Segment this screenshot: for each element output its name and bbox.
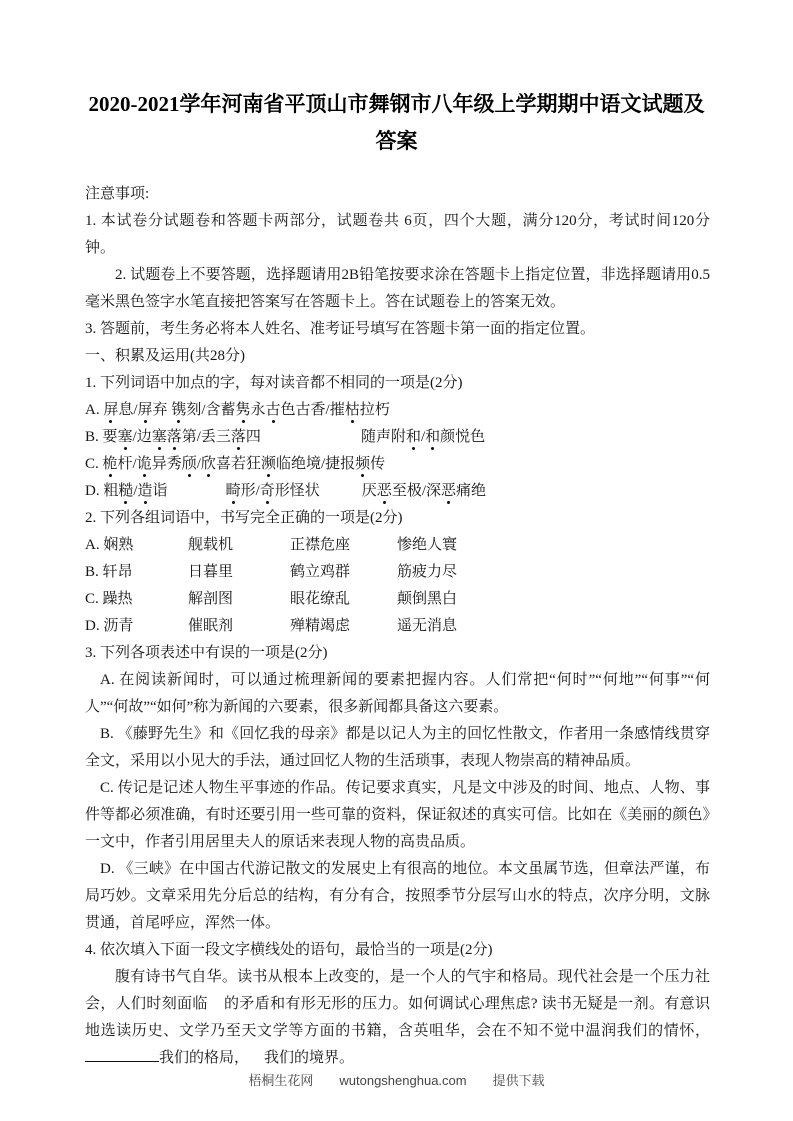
q1-option-a: A. 屏息/屏弃 镌刻/含蓄隽永古色古香/摧枯拉朽 xyxy=(85,397,710,424)
dotted-char: 落 xyxy=(231,429,246,445)
q3-option-a: A. 在阅读新闻时，可以通过梳理新闻的要素把握内容。人们常把“何时”“何地”“何… xyxy=(85,667,710,721)
q3-option-b: B. 《藤野先生》和《回忆我的母亲》都是以记人为主的回忆性散文，作者用一条感情线… xyxy=(85,721,710,775)
word-cell: A. 娴熟 xyxy=(85,532,188,559)
footer-watermark: 梧桐生花网wutongshenghua.com提供下载 xyxy=(0,1070,793,1089)
word-cell: D. 沥青 xyxy=(85,613,188,640)
word-cell: 舰载机 xyxy=(188,532,290,559)
q1-option-b: B. 要塞/边塞落第/丢三落四随声附和/和颜悦色 xyxy=(85,424,710,451)
word-cell: 颠倒黑白 xyxy=(397,586,710,613)
inline-gap xyxy=(249,1061,264,1062)
dotted-char: 诡 xyxy=(137,456,152,472)
dotted-char: 欣 xyxy=(201,456,216,472)
notice-item-1: 1. 本试卷分试题卷和答题卡两部分，试题卷共 6页，四个大题，满分120分，考试… xyxy=(85,208,710,262)
dotted-char: 恶 xyxy=(377,483,392,499)
dotted-char: 隽 xyxy=(236,402,251,418)
dotted-char: 畸 xyxy=(226,483,241,499)
word-cell: 鹤立鸡群 xyxy=(290,559,397,586)
dotted-char: 落 xyxy=(167,429,182,445)
dotted-char: 塞 xyxy=(152,429,167,445)
dotted-char: 造 xyxy=(138,483,153,499)
notice-item-3: 3. 答题前，考生务必将本人姓名、准考证号填写在答题卡第一面的指定位置。 xyxy=(85,316,710,343)
inline-gap xyxy=(261,440,361,441)
q2-option-d: D. 沥青催眠剂殚精竭虑遥无消息 xyxy=(85,613,710,640)
word-cell: 正襟危座 xyxy=(290,532,397,559)
notice-item-2: 2. 试题卷上不要答题，选择题请用2B铅笔按要求涂在答题卡上指定位置，非选择题请… xyxy=(85,262,710,316)
dotted-char: 塞 xyxy=(118,429,133,445)
q2-stem: 2. 下列各组词语中，书写完全正确的一项是(2分) xyxy=(85,505,710,532)
q2-option-b: B. 轩昂日暮里鹤立鸡群筋疲力尽 xyxy=(85,559,710,586)
dotted-char: 恶 xyxy=(441,483,456,499)
dotted-char: 和 xyxy=(425,429,440,445)
footer-download-note: 提供下载 xyxy=(493,1073,545,1088)
word-cell: 惨绝人寰 xyxy=(397,532,710,559)
dotted-char: 奇 xyxy=(260,483,275,499)
word-cell: 遥无消息 xyxy=(397,613,710,640)
notice-heading: 注意事项: xyxy=(85,181,710,208)
dotted-char: 屏 xyxy=(103,402,118,418)
dotted-char: 屏 xyxy=(138,402,153,418)
inline-gap xyxy=(168,494,226,495)
q2-option-a: A. 娴熟舰载机正襟危座惨绝人寰 xyxy=(85,532,710,559)
q1-option-c: C. 桅杆/诡异秀颀/欣喜若狂濒临绝境/捷报频传 xyxy=(85,451,710,478)
q2-option-c: C. 躁热解剖图眼花缭乱颠倒黑白 xyxy=(85,586,710,613)
dotted-char: 桅 xyxy=(103,456,118,472)
dotted-char: 古 xyxy=(266,402,281,418)
word-cell: B. 轩昂 xyxy=(85,559,188,586)
q1-option-d: D. 粗糙/造诣畸形/奇形怪状厌恶至极/深恶痛绝 xyxy=(85,478,710,505)
dotted-char: 镌 xyxy=(171,402,186,418)
q3-option-c: C. 传记是记述人物生平事迹的作品。传记要求真实，凡是文中涉及的时间、地点、人物… xyxy=(85,775,710,856)
page-title: 2020-2021学年河南省平顶山市舞钢市八年级上学期期中语文试题及答案 xyxy=(0,0,793,160)
word-cell: 眼花缭乱 xyxy=(290,586,397,613)
dotted-char: 颀 xyxy=(182,456,197,472)
q3-option-d: D. 《三峡》在中国古代游记散文的发展史上有很高的地位。本文虽属节选，但章法严谨… xyxy=(85,856,710,937)
word-cell: 日暮里 xyxy=(188,559,290,586)
q3-stem: 3. 下列各项表述中有误的一项是(2分) xyxy=(85,640,710,667)
inline-gap xyxy=(208,1007,224,1008)
dotted-char: 枯 xyxy=(345,402,360,418)
q4-stem: 4. 依次填入下面一段文字横线处的语句，最恰当的一项是(2分) xyxy=(85,937,710,964)
q4-passage: 腹有诗书气自华。读书从根本上改变的，是一个人的气宇和格局。现代社会是一个压力社会… xyxy=(85,964,710,1072)
word-cell: 筋疲力尽 xyxy=(397,559,710,586)
section-1-heading: 一、积累及运用(共28分) xyxy=(85,343,710,370)
footer-site-name: 梧桐生花网 xyxy=(248,1073,313,1088)
word-cell: 催眠剂 xyxy=(188,613,290,640)
exam-paper-page: 2020-2021学年河南省平顶山市舞钢市八年级上学期期中语文试题及答案 注意事… xyxy=(0,0,793,1121)
dotted-char: 濒 xyxy=(261,456,276,472)
footer-site-url: wutongshenghua.com xyxy=(339,1073,466,1088)
word-cell: 解剖图 xyxy=(188,586,290,613)
dotted-char: 和 xyxy=(406,429,421,445)
dotted-char: 糙 xyxy=(118,483,133,499)
dotted-char: 频 xyxy=(355,456,370,472)
word-cell: 殚精竭虑 xyxy=(290,613,397,640)
q1-stem: 1. 下列词语中加点的字，每对读音都不相同的一项是(2分) xyxy=(85,370,710,397)
fill-in-blank-line xyxy=(85,1046,159,1062)
word-cell: C. 躁热 xyxy=(85,586,188,613)
inline-gap xyxy=(320,494,362,495)
document-body: 注意事项:1. 本试卷分试题卷和答题卡两部分，试题卷共 6页，四个大题，满分12… xyxy=(0,160,793,1072)
